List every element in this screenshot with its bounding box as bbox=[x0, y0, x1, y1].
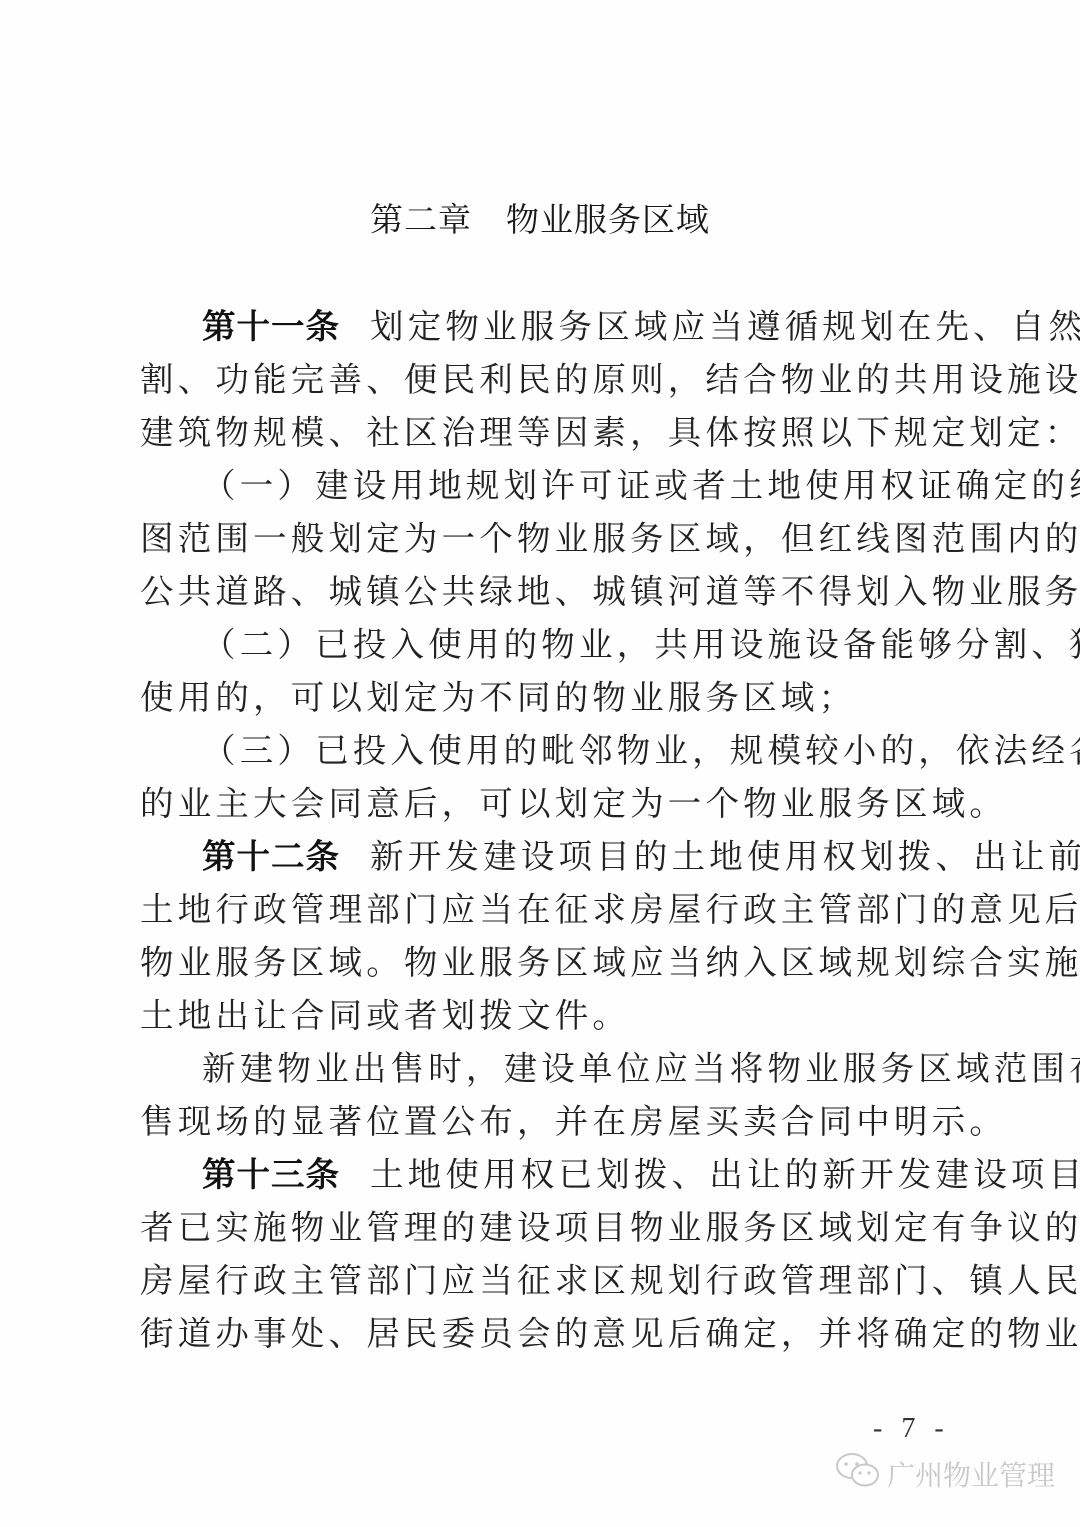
line-text: 使用的，可以划定为不同的物业服务区域； bbox=[140, 678, 856, 717]
line-text: 建筑物规模、社区治理等因素，具体按照以下规定划定： bbox=[140, 413, 1080, 452]
line-text: 公共道路、城镇公共绿地、城镇河道等不得划入物业服务区域； bbox=[140, 572, 1080, 611]
line-text: 的业主大会同意后，可以划定为一个物业服务区域。 bbox=[140, 784, 1007, 823]
line-text: 者已实施物业管理的建设项目物业服务区域划定有争议的，区 bbox=[140, 1208, 1080, 1247]
line-text: 房屋行政主管部门应当征求区规划行政管理部门、镇人民政府、 bbox=[140, 1261, 1080, 1300]
text-line: 图范围一般划定为一个物业服务区域，但红线图范围内的城镇 bbox=[140, 512, 940, 565]
text-line: 的业主大会同意后，可以划定为一个物业服务区域。 bbox=[140, 777, 940, 830]
text-line: 新建物业出售时，建设单位应当将物业服务区域范围在销 bbox=[140, 1042, 940, 1095]
text-line: 物业服务区域。物业服务区域应当纳入区域规划综合实施方案、 bbox=[140, 936, 940, 989]
line-text: 土地行政管理部门应当在征求房屋行政主管部门的意见后确定 bbox=[140, 890, 1080, 929]
article-number: 第十二条 bbox=[202, 837, 340, 876]
text-line: 割、功能完善、便民利民的原则，结合物业的共用设施设备、 bbox=[140, 353, 940, 406]
text-line: 使用的，可以划定为不同的物业服务区域； bbox=[140, 671, 940, 724]
wechat-icon bbox=[835, 1452, 887, 1495]
line-text: 图范围一般划定为一个物业服务区域，但红线图范围内的城镇 bbox=[140, 519, 1080, 558]
line-text: （二）已投入使用的物业，共用设施设备能够分割、独立 bbox=[202, 625, 1080, 664]
text-line: 街道办事处、居民委员会的意见后确定，并将确定的物业服务 bbox=[140, 1307, 940, 1360]
text-line: 房屋行政主管部门应当征求区规划行政管理部门、镇人民政府、 bbox=[140, 1254, 940, 1307]
line-text: （一）建设用地规划许可证或者土地使用权证确定的红线 bbox=[202, 466, 1080, 505]
line-text: （三）已投入使用的毗邻物业，规模较小的，依法经各自 bbox=[202, 731, 1080, 770]
text-line: （三）已投入使用的毗邻物业，规模较小的，依法经各自 bbox=[140, 724, 940, 777]
line-text: 物业服务区域。物业服务区域应当纳入区域规划综合实施方案、 bbox=[140, 943, 1080, 982]
text-line: 土地出让合同或者划拨文件。 bbox=[140, 989, 940, 1042]
chapter-name: 物业服务区域 bbox=[506, 200, 710, 239]
text-line: 土地行政管理部门应当在征求房屋行政主管部门的意见后确定 bbox=[140, 883, 940, 936]
text-line: 公共道路、城镇公共绿地、城镇河道等不得划入物业服务区域； bbox=[140, 565, 940, 618]
text-line: 建筑物规模、社区治理等因素，具体按照以下规定划定： bbox=[140, 406, 940, 459]
page-number: - 7 - bbox=[873, 1413, 950, 1445]
line-text: 新建物业出售时，建设单位应当将物业服务区域范围在销 bbox=[202, 1049, 1080, 1088]
watermark-text: 广州物业管理 bbox=[887, 1454, 1055, 1494]
article-heading-line: 第十一条划定物业服务区域应当遵循规划在先、自然分 bbox=[140, 300, 940, 353]
article-heading-line: 第十二条新开发建设项目的土地使用权划拨、出让前， bbox=[140, 830, 940, 883]
article-heading-line: 第十三条土地使用权已划拨、出让的新开发建设项目或 bbox=[140, 1148, 940, 1201]
text-line: （二）已投入使用的物业，共用设施设备能够分割、独立 bbox=[140, 618, 940, 671]
line-text: 街道办事处、居民委员会的意见后确定，并将确定的物业服务 bbox=[140, 1314, 1080, 1353]
document-page: 第二章物业服务区域 第十一条划定物业服务区域应当遵循规划在先、自然分割、功能完善… bbox=[0, 0, 1080, 1527]
line-text: 新开发建设项目的土地使用权划拨、出让前， bbox=[370, 837, 1080, 876]
text-line: 售现场的显著位置公布，并在房屋买卖合同中明示。 bbox=[140, 1095, 940, 1148]
text-line: （一）建设用地规划许可证或者土地使用权证确定的红线 bbox=[140, 459, 940, 512]
line-text: 土地使用权已划拨、出让的新开发建设项目或 bbox=[370, 1155, 1080, 1194]
article-number: 第十三条 bbox=[202, 1155, 340, 1194]
text-line: 者已实施物业管理的建设项目物业服务区域划定有争议的，区 bbox=[140, 1201, 940, 1254]
watermark: 广州物业管理 bbox=[835, 1452, 1055, 1495]
chapter-number: 第二章 bbox=[370, 200, 472, 239]
line-text: 割、功能完善、便民利民的原则，结合物业的共用设施设备、 bbox=[140, 360, 1080, 399]
article-number: 第十一条 bbox=[202, 307, 340, 346]
chapter-title: 第二章物业服务区域 bbox=[0, 194, 1080, 241]
body-text: 第十一条划定物业服务区域应当遵循规划在先、自然分割、功能完善、便民利民的原则，结… bbox=[140, 300, 940, 1360]
line-text: 售现场的显著位置公布，并在房屋买卖合同中明示。 bbox=[140, 1102, 1007, 1141]
line-text: 土地出让合同或者划拨文件。 bbox=[140, 996, 630, 1035]
line-text: 划定物业服务区域应当遵循规划在先、自然分 bbox=[370, 307, 1080, 346]
